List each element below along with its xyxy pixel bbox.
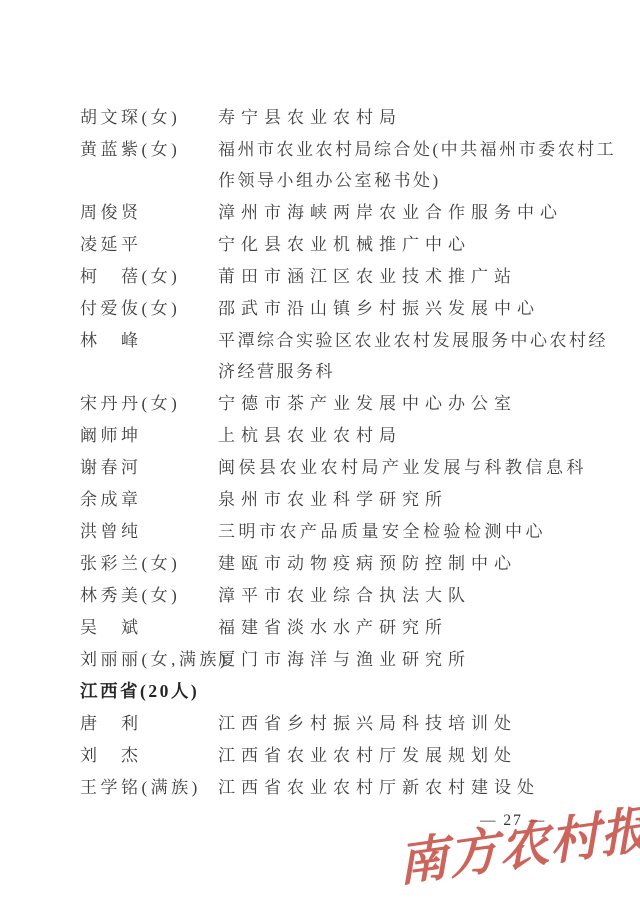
page-number: — 27 — xyxy=(480,812,546,830)
organization: 邵武市沿山镇乡村振兴发展中心 xyxy=(218,293,618,324)
list-item: 胡文琛(女)寿宁县农业农村局 xyxy=(80,102,620,133)
watermark-stamp: 南方农村报 xyxy=(395,789,640,896)
list-item: 林 峰平潭综合实验区农业农村发展服务中心农村经济经营服务科 xyxy=(80,325,620,387)
person-name: 余成章 xyxy=(80,484,218,515)
person-name: 张彩兰(女) xyxy=(80,548,218,579)
section-heading-label: 江西省(20人) xyxy=(80,676,199,707)
organization: 建瓯市动物疫病预防控制中心 xyxy=(218,548,618,579)
list-item: 吴 斌福建省淡水水产研究所 xyxy=(80,612,620,643)
person-name: 刘丽丽(女,满族) xyxy=(80,644,218,675)
person-name: 胡文琛(女) xyxy=(80,102,218,133)
section-heading: 江西省(20人) xyxy=(80,676,620,707)
list-item: 林秀美(女)漳平市农业综合执法大队 xyxy=(80,580,620,611)
person-name: 阚师坤 xyxy=(80,420,218,451)
person-name: 柯 蓓(女) xyxy=(80,261,218,292)
list-item: 洪曾纯三明市农产品质量安全检验检测中心 xyxy=(80,516,620,547)
list-item: 刘 杰江西省农业农村厅发展规划处 xyxy=(80,740,620,771)
list-item: 周俊贤漳州市海峡两岸农业合作服务中心 xyxy=(80,197,620,228)
person-name: 谢春河 xyxy=(80,452,218,483)
list-item: 唐 利江西省乡村振兴局科技培训处 xyxy=(80,708,620,739)
organization: 平潭综合实验区农业农村发展服务中心农村经济经营服务科 xyxy=(218,325,618,387)
person-name: 洪曾纯 xyxy=(80,516,218,547)
list-item: 刘丽丽(女,满族)厦门市海洋与渔业研究所 xyxy=(80,644,620,675)
person-name: 王学铭(满族) xyxy=(80,772,218,803)
person-name: 黄蓝紫(女) xyxy=(80,134,218,165)
person-name: 宋丹丹(女) xyxy=(80,388,218,419)
person-name: 吴 斌 xyxy=(80,612,218,643)
list-item: 谢春河闽侯县农业农村局产业发展与科教信息科 xyxy=(80,452,620,483)
organization: 宁德市茶产业发展中心办公室 xyxy=(218,388,618,419)
organization: 福州市农业农村局综合处(中共福州市委农村工作领导小组办公室秘书处) xyxy=(218,134,618,196)
organization: 厦门市海洋与渔业研究所 xyxy=(218,644,618,675)
person-name: 刘 杰 xyxy=(80,740,218,771)
document-page: 胡文琛(女)寿宁县农业农村局黄蓝紫(女)福州市农业农村局综合处(中共福州市委农村… xyxy=(0,0,640,905)
recipient-list: 胡文琛(女)寿宁县农业农村局黄蓝紫(女)福州市农业农村局综合处(中共福州市委农村… xyxy=(80,102,620,804)
person-name: 唐 利 xyxy=(80,708,218,739)
organization: 漳平市农业综合执法大队 xyxy=(218,580,618,611)
person-name: 林秀美(女) xyxy=(80,580,218,611)
list-item: 王学铭(满族)江西省农业农村厅新农村建设处 xyxy=(80,772,620,803)
list-item: 柯 蓓(女)莆田市涵江区农业技术推广站 xyxy=(80,261,620,292)
organization: 泉州市农业科学研究所 xyxy=(218,484,618,515)
person-name: 林 峰 xyxy=(80,325,218,356)
organization: 莆田市涵江区农业技术推广站 xyxy=(218,261,618,292)
organization: 上杭县农业农村局 xyxy=(218,420,618,451)
organization: 闽侯县农业农村局产业发展与科教信息科 xyxy=(218,452,618,483)
list-item: 张彩兰(女)建瓯市动物疫病预防控制中心 xyxy=(80,548,620,579)
organization: 江西省农业农村厅发展规划处 xyxy=(218,740,618,771)
list-item: 余成章泉州市农业科学研究所 xyxy=(80,484,620,515)
organization: 漳州市海峡两岸农业合作服务中心 xyxy=(218,197,618,228)
list-item: 宋丹丹(女)宁德市茶产业发展中心办公室 xyxy=(80,388,620,419)
organization: 江西省农业农村厅新农村建设处 xyxy=(218,772,618,803)
organization: 三明市农产品质量安全检验检测中心 xyxy=(218,516,618,547)
list-item: 付爱伖(女)邵武市沿山镇乡村振兴发展中心 xyxy=(80,293,620,324)
list-item: 凌延平宁化县农业机械推广中心 xyxy=(80,229,620,260)
person-name: 周俊贤 xyxy=(80,197,218,228)
organization: 寿宁县农业农村局 xyxy=(218,102,618,133)
person-name: 付爱伖(女) xyxy=(80,293,218,324)
organization: 福建省淡水水产研究所 xyxy=(218,612,618,643)
person-name: 凌延平 xyxy=(80,229,218,260)
organization: 江西省乡村振兴局科技培训处 xyxy=(218,708,618,739)
organization: 宁化县农业机械推广中心 xyxy=(218,229,618,260)
list-item: 黄蓝紫(女)福州市农业农村局综合处(中共福州市委农村工作领导小组办公室秘书处) xyxy=(80,134,620,196)
list-item: 阚师坤上杭县农业农村局 xyxy=(80,420,620,451)
